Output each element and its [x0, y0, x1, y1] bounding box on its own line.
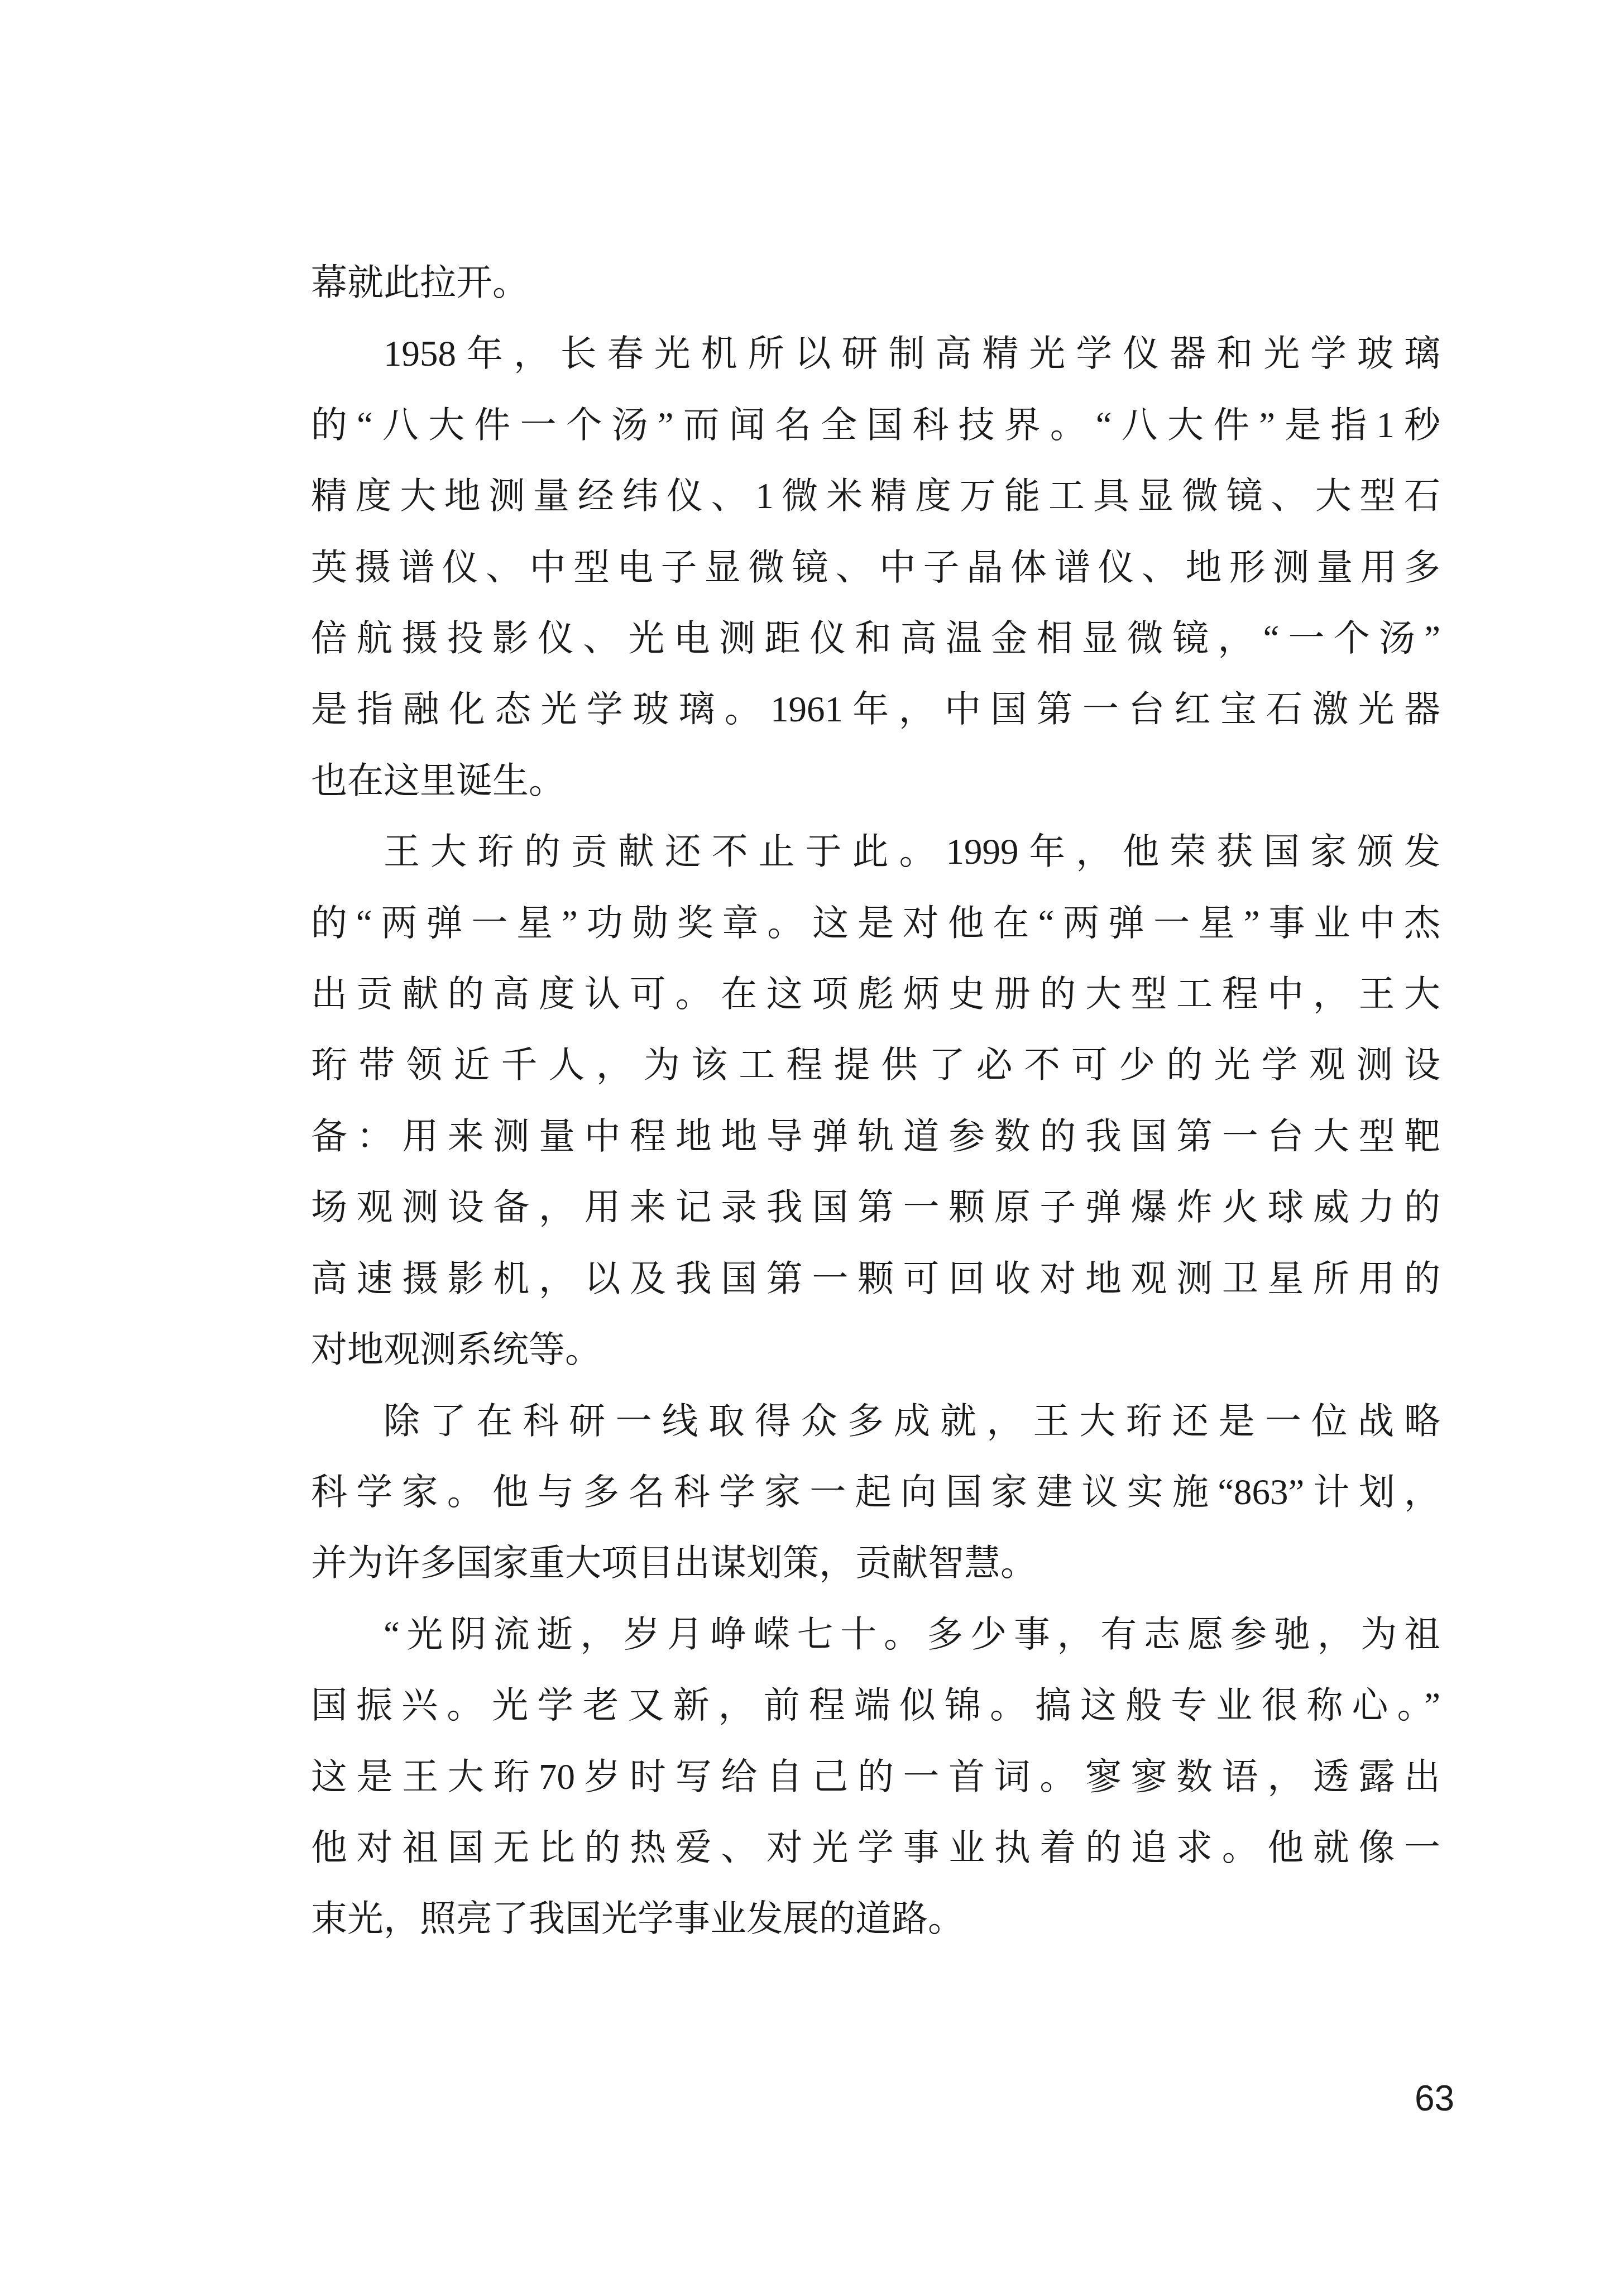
text-line: 束光，照亮了我国光学事业发展的道路。 [311, 1884, 1440, 1955]
text-line: 王大珩的贡献还不止于此。1999年，他荣获国家颁发 [311, 817, 1440, 888]
text-line: 也在这里诞生。 [311, 746, 1440, 817]
book-page: 幕就此拉开。1958年，长春光机所以研制高精光学仪器和光学玻璃的“八大件一个汤”… [0, 0, 1624, 2278]
text-line: 的“两弹一星”功勋奖章。这是对他在“两弹一星”事业中杰 [311, 888, 1440, 959]
text-line: 对地观测系统等。 [311, 1315, 1440, 1386]
text-line: 英摄谱仪、中型电子显微镜、中子晶体谱仪、地形测量用多 [311, 533, 1440, 604]
text-line: 精度大地测量经纬仪、1微米精度万能工具显微镜、大型石 [311, 461, 1440, 532]
text-line: 是指融化态光学玻璃。1961年，中国第一台红宝石激光器 [311, 674, 1440, 745]
text-line: 国振兴。光学老又新，前程端似锦。搞这般专业很称心。” [311, 1671, 1440, 1741]
text-line: 幕就此拉开。 [311, 248, 1440, 319]
text-line: “光阴流逝，岁月峥嵘七十。多少事，有志愿参驰，为祖 [311, 1600, 1440, 1671]
text-line: 珩带领近千人，为该工程提供了必不可少的光学观测设 [311, 1030, 1440, 1101]
text-line: 的“八大件一个汤”而闻名全国科技界。“八大件”是指1秒 [311, 390, 1440, 461]
text-line: 除了在科研一线取得众多成就，王大珩还是一位战略 [311, 1386, 1440, 1457]
page-number: 63 [1415, 2080, 1454, 2116]
text-line: 倍航摄投影仪、光电测距仪和高温金相显微镜，“一个汤” [311, 604, 1440, 674]
body-text: 幕就此拉开。1958年，长春光机所以研制高精光学仪器和光学玻璃的“八大件一个汤”… [311, 248, 1440, 1955]
text-line: 备：用来测量中程地地导弹轨道参数的我国第一台大型靶 [311, 1102, 1440, 1172]
text-line: 他对祖国无比的热爱、对光学事业执着的追求。他就像一 [311, 1813, 1440, 1884]
text-line: 出贡献的高度认可。在这项彪炳史册的大型工程中，王大 [311, 959, 1440, 1030]
text-line: 科学家。他与多名科学家一起向国家建议实施“863”计划， [311, 1457, 1440, 1528]
text-line: 高速摄影机，以及我国第一颗可回收对地观测卫星所用的 [311, 1244, 1440, 1315]
text-line: 并为许多国家重大项目出谋划策，贡献智慧。 [311, 1528, 1440, 1599]
text-line: 场观测设备，用来记录我国第一颗原子弹爆炸火球威力的 [311, 1172, 1440, 1243]
text-line: 1958年，长春光机所以研制高精光学仪器和光学玻璃 [311, 319, 1440, 390]
text-line: 这是王大珩70岁时写给自己的一首词。寥寥数语，透露出 [311, 1742, 1440, 1813]
